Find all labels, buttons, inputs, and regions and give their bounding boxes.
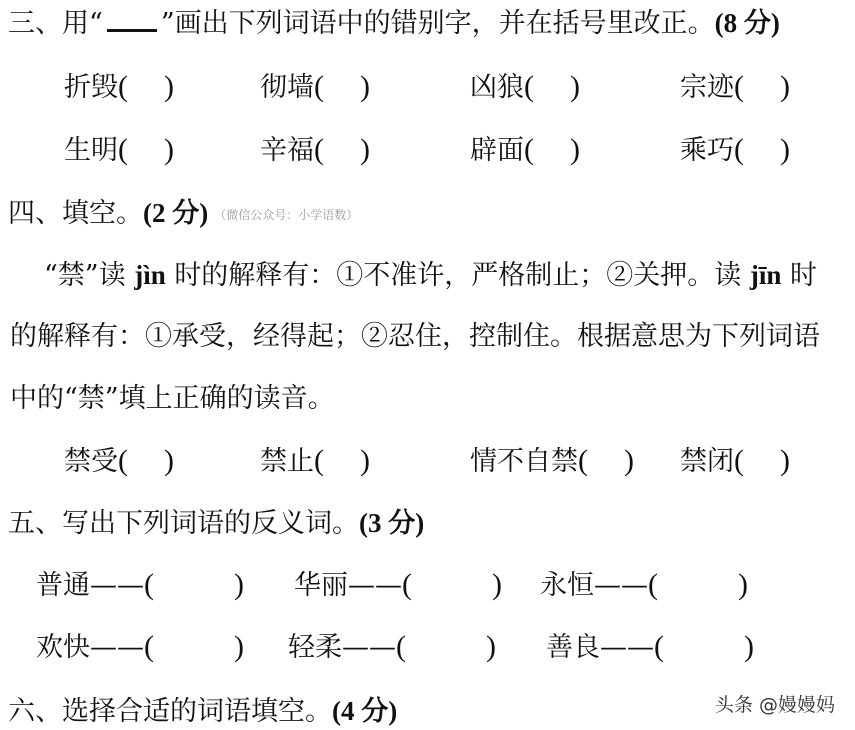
s3-item: 折毁() (64, 70, 174, 105)
paren-open: ( (648, 568, 658, 601)
paren-close: ) (492, 568, 502, 601)
s5-word: 华丽 (294, 570, 348, 601)
section-3-score: (8 分) (715, 8, 780, 38)
paren-close: ) (744, 630, 754, 663)
paren-open: ( (118, 444, 128, 477)
s4-word: 禁止 (260, 446, 314, 477)
s4-word: 禁受 (64, 446, 118, 477)
dash: —— (348, 570, 402, 601)
section-6-score: (4 分) (332, 696, 397, 726)
paren-close: ) (570, 133, 580, 166)
section-4-heading: 四、填空。(2 分)（微信公众号：小学语数） (8, 196, 358, 232)
paren-open: ( (654, 630, 664, 663)
s4-word: 情不自禁 (470, 446, 578, 477)
paren-open: ( (314, 133, 324, 166)
paren-open: ( (396, 630, 406, 663)
s3-item: 辟面() (470, 133, 580, 168)
paren-open: ( (578, 444, 588, 477)
pinyin-jin4: jìn (134, 260, 166, 290)
s3-item: 彻墙() (260, 70, 370, 105)
paren-close: ) (234, 568, 244, 601)
s4-word: 禁闭 (680, 446, 734, 477)
source-credit-watermark: 头条 @嫚嫚妈 (715, 690, 835, 717)
paren-open: ( (314, 70, 324, 103)
paren-close: ) (234, 630, 244, 663)
dash: —— (600, 632, 654, 663)
paren-open: ( (402, 568, 412, 601)
s5-item: 善良——() (546, 630, 754, 665)
section-4-paragraph-line-3: 中的“禁”填上正确的读音。 (10, 382, 335, 416)
paren-open: ( (734, 70, 744, 103)
paren-close: ) (780, 444, 790, 477)
s5-item: 欢快——() (36, 630, 244, 665)
paren-open: ( (524, 133, 534, 166)
para-text: 时的解释有：①不准许，严格制止；②关押。读 (174, 260, 741, 291)
section-3-heading: 三、用“”画出下列词语中的错别字，并在括号里改正。(8 分) (8, 6, 780, 41)
paren-close: ) (780, 133, 790, 166)
paren-close: ) (624, 444, 634, 477)
para-text: “禁”读 (44, 260, 126, 291)
section-6-title: 六、选择合适的词语填空。 (8, 696, 332, 727)
section-4-score: (2 分) (143, 198, 208, 228)
s5-word: 善良 (546, 632, 600, 663)
s4-item: 禁止() (260, 444, 370, 479)
s3-word: 辛福 (260, 135, 314, 166)
paren-close: ) (360, 444, 370, 477)
dash: —— (90, 570, 144, 601)
paren-open: ( (734, 133, 744, 166)
s3-word: 宗迹 (680, 72, 734, 103)
s3-item: 乘巧() (680, 133, 790, 168)
para-text: 时 (790, 260, 817, 291)
s5-item: 普通——() (36, 568, 244, 603)
dash: —— (90, 632, 144, 663)
s3-word: 辟面 (470, 135, 524, 166)
section-6-heading: 六、选择合适的词语填空。(4 分) (8, 694, 397, 729)
paren-open: ( (734, 444, 744, 477)
paren-open: ( (524, 70, 534, 103)
pinyin-jin1: jīn (750, 260, 782, 290)
s3-word: 生明 (64, 135, 118, 166)
paren-close: ) (360, 70, 370, 103)
dash: —— (342, 632, 396, 663)
dash: —— (594, 570, 648, 601)
paren-open: ( (118, 133, 128, 166)
paren-close: ) (164, 133, 174, 166)
s5-word: 欢快 (36, 632, 90, 663)
paren-close: ) (780, 70, 790, 103)
paren-open: ( (314, 444, 324, 477)
paren-close: ) (486, 630, 496, 663)
watermark-text: （微信公众号：小学语数） (214, 208, 358, 222)
paren-close: ) (164, 70, 174, 103)
s5-word: 普通 (36, 570, 90, 601)
s5-item: 华丽——() (294, 568, 502, 603)
section-4-title: 四、填空。 (8, 198, 143, 229)
section-5-score: (3 分) (359, 508, 424, 538)
s3-item: 辛福() (260, 133, 370, 168)
section-3-heading-suffix: ”画出下列词语中的错别字，并在括号里改正。 (161, 8, 715, 39)
paren-close: ) (164, 444, 174, 477)
s3-word: 凶狼 (470, 72, 524, 103)
s5-word: 轻柔 (288, 632, 342, 663)
s3-item: 生明() (64, 133, 174, 168)
section-5-title: 五、写出下列词语的反义词。 (8, 508, 359, 539)
paren-close: ) (570, 70, 580, 103)
s4-item: 情不自禁() (470, 444, 634, 479)
paren-close: ) (360, 133, 370, 166)
paren-open: ( (118, 70, 128, 103)
paren-open: ( (144, 568, 154, 601)
s5-item: 永恒——() (540, 568, 748, 603)
s5-word: 永恒 (540, 570, 594, 601)
paren-close: ) (738, 568, 748, 601)
section-3-heading-prefix: 三、用“ (8, 8, 103, 39)
s4-item: 禁受() (64, 444, 174, 479)
s4-item: 禁闭() (680, 444, 790, 479)
section-4-paragraph-line-2: 的解释有：①承受，经得起；②忍住，控制住。根据意思为下列词语 (10, 320, 820, 354)
section-4-paragraph-line-1: “禁”读 jìn 时的解释有：①不准许，严格制止；②关押。读 jīn 时 (44, 258, 817, 293)
s3-word: 折毁 (64, 72, 118, 103)
section-5-heading: 五、写出下列词语的反义词。(3 分) (8, 506, 424, 541)
s3-item: 凶狼() (470, 70, 580, 105)
paren-open: ( (144, 630, 154, 663)
s3-item: 宗迹() (680, 70, 790, 105)
s3-word: 乘巧 (680, 135, 734, 166)
s3-word: 彻墙 (260, 72, 314, 103)
s5-item: 轻柔——() (288, 630, 496, 665)
underline-blank (107, 9, 157, 32)
